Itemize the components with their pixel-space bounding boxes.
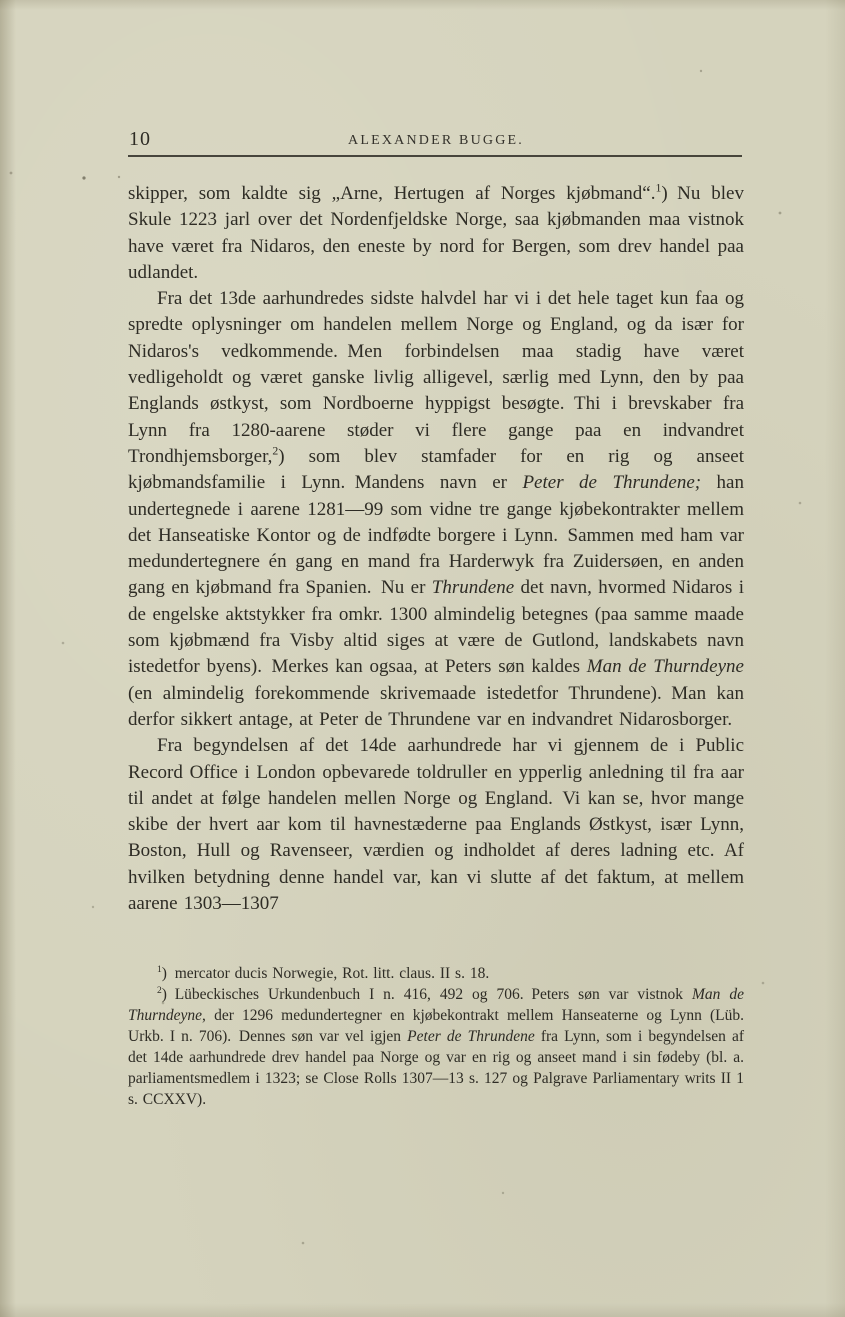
text-run: Fra begyndelsen af det 14de aarhundrede … bbox=[128, 735, 744, 914]
footnote: 2) Lübeckisches Urkundenbuch I n. 416, 4… bbox=[128, 984, 744, 1110]
text-run: (en almindelig forekommende skrivemaade … bbox=[128, 683, 744, 730]
text-run: ) Lübeckisches Urkundenbuch I n. 416, 49… bbox=[162, 986, 692, 1003]
text-run: Man de Thurndeyne bbox=[587, 656, 744, 677]
scanned-book-page: 10 ALEXANDER BUGGE. skipper, som kaldte … bbox=[0, 0, 845, 1317]
footnotes: 1) mercator ducis Norwegie, Rot. litt. c… bbox=[128, 963, 744, 1110]
page-header: 10 ALEXANDER BUGGE. bbox=[128, 128, 744, 157]
body-text: skipper, som kaldte sig „Arne, Hertugen … bbox=[128, 181, 744, 917]
text-run: Fra det 13de aarhundredes sidste halvdel… bbox=[128, 288, 744, 467]
body-paragraph: Fra det 13de aarhundredes sidste halvdel… bbox=[128, 286, 744, 733]
header-rule bbox=[128, 155, 742, 157]
running-title: ALEXANDER BUGGE. bbox=[128, 133, 744, 149]
text-run: Peter de Thrundene; bbox=[522, 472, 701, 493]
text-run: skipper, som kaldte sig „Arne, Hertugen … bbox=[128, 183, 655, 204]
text-run: Peter de Thrundene bbox=[407, 1028, 535, 1045]
text-run: Thrundene bbox=[432, 577, 514, 598]
text-column: 10 ALEXANDER BUGGE. skipper, som kaldte … bbox=[128, 128, 744, 1110]
footnote: 1) mercator ducis Norwegie, Rot. litt. c… bbox=[128, 963, 744, 984]
text-run: ) mercator ducis Norwegie, Rot. litt. cl… bbox=[162, 965, 489, 982]
paper-specks bbox=[0, 0, 2, 2]
body-paragraph: skipper, som kaldte sig „Arne, Hertugen … bbox=[128, 181, 744, 286]
body-paragraph: Fra begyndelsen af det 14de aarhundrede … bbox=[128, 733, 744, 917]
